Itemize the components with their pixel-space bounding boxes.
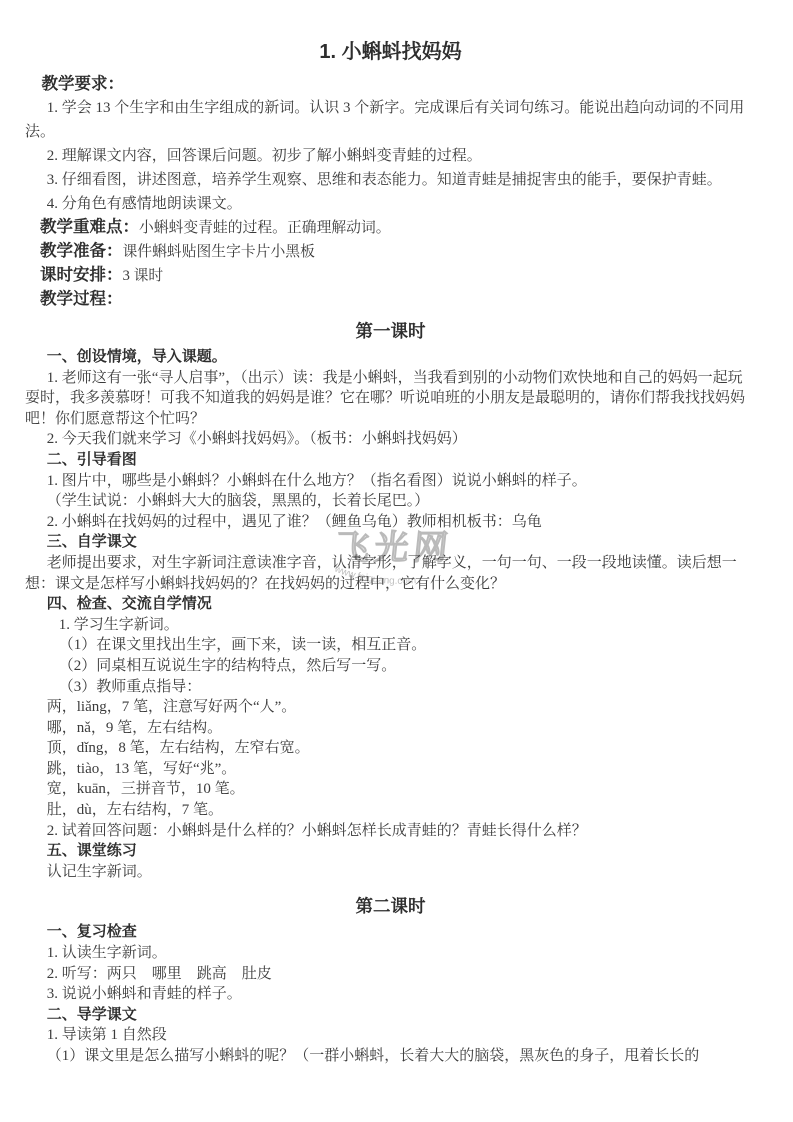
outline-heading: 一、复习检查 <box>25 922 756 943</box>
paragraph: （1）课文里是怎么描写小蝌蚪的呢？（一群小蝌蚪，长着大大的脑袋，黑灰色的身子，甩… <box>25 1046 756 1067</box>
field-label: 教学过程： <box>40 290 123 308</box>
paragraph: 哪，nǎ，9 笔，左右结构。 <box>25 718 756 739</box>
field-label: 课时安排： <box>40 266 123 284</box>
paragraph: （2）同桌相互说说生字的结构特点，然后写一写。 <box>25 656 756 677</box>
lesson-title: 第二课时 <box>25 895 756 917</box>
paragraph: 跳，tiào，13 笔，写好“兆”。 <box>25 759 756 780</box>
paragraph: 肚，dù，左右结构，7 笔。 <box>25 800 756 821</box>
paragraph: （学生试说：小蝌蚪大大的脑袋，黑黑的，长着长尾巴。） <box>25 491 756 512</box>
paragraph: （1）在课文里找出生字，画下来，读一读，相互正音。 <box>25 635 756 656</box>
paragraph: 2. 听写：两只 哪里 跳高 肚皮 <box>25 964 756 985</box>
paragraph: 1. 导读第 1 自然段 <box>25 1025 756 1046</box>
paragraph: 2. 理解课文内容，回答课后问题。初步了解小蝌蚪变青蛙的过程。 <box>25 144 756 168</box>
paragraph: 4. 分角色有感情地朗读课文。 <box>25 192 756 216</box>
lesson-title: 第一课时 <box>25 320 756 342</box>
paragraph: 2. 小蝌蚪在找妈妈的过程中，遇见了谁？（鲤鱼乌龟）教师相机板书：乌龟 <box>25 512 756 533</box>
field-value: 课件蝌蚪贴图生字卡片小黑板 <box>123 244 315 260</box>
paragraph: 3. 仔细看图，讲述图意，培养学生观察、思维和表态能力。知道青蛙是捕捉害虫的能手… <box>25 168 756 192</box>
doc-title: 1. 小蝌蚪找妈妈 <box>25 40 756 64</box>
outline-heading: 一、创设情境，导入课题。 <box>25 347 756 368</box>
field-label: 教学重难点： <box>40 218 139 236</box>
paragraph: 1. 老师这有一张“寻人启事”，（出示）读：我是小蝌蚪，当我看到别的小动物们欢快… <box>25 368 756 430</box>
paragraph: 认记生字新词。 <box>25 862 756 883</box>
document-page: 飞光网 www.feiguang.com 1. 小蝌蚪找妈妈 教学要求： 1. … <box>0 0 793 1122</box>
section-label-heading: 教学要求： <box>25 72 756 96</box>
paragraph: 两，liǎng，7 笔，注意写好两个“人”。 <box>25 697 756 718</box>
paragraph: （3）教师重点指导： <box>25 677 756 698</box>
paragraph: 宽，kuān，三拼音节，10 笔。 <box>25 779 756 800</box>
field-line: 课时安排：3 课时 <box>25 264 756 288</box>
paragraph: 2. 试着回答问题：小蝌蚪是什么样的？小蝌蚪怎样长成青蛙的？青蛙长得什么样？ <box>25 821 756 842</box>
field-line: 教学重难点：小蝌蚪变青蛙的过程。正确理解动词。 <box>25 216 756 240</box>
field-value: 3 课时 <box>123 268 164 284</box>
field-value: 小蝌蚪变青蛙的过程。正确理解动词。 <box>139 220 391 236</box>
outline-heading: 五、课堂练习 <box>25 841 756 862</box>
document-content: 1. 小蝌蚪找妈妈 教学要求： 1. 学会 13 个生字和由生字组成的新词。认识… <box>25 40 756 1067</box>
paragraph: 2. 今天我们就来学习《小蝌蚪找妈妈》。（板书：小蝌蚪找妈妈） <box>25 429 756 450</box>
paragraph: 顶，dǐng，8 笔，左右结构，左窄右宽。 <box>25 738 756 759</box>
paragraph: 1. 学会 13 个生字和由生字组成的新词。认识 3 个新字。完成课后有关词句练… <box>25 96 756 144</box>
field-line: 教学准备：课件蝌蚪贴图生字卡片小黑板 <box>25 240 756 264</box>
outline-heading: 四、检查、交流自学情况 <box>25 594 756 615</box>
paragraph: 1. 学习生字新词。 <box>25 615 756 636</box>
paragraph: 1. 认读生字新词。 <box>25 943 756 964</box>
outline-heading: 三、自学课文 <box>25 532 756 553</box>
outline-heading: 二、导学课文 <box>25 1005 756 1026</box>
paragraph: 老师提出要求，对生字新词注意读准字音，认清字形，了解字义，一句一句、一段一段地读… <box>25 553 756 594</box>
field-line: 教学过程： <box>25 288 756 312</box>
paragraph: 1. 图片中，哪些是小蝌蚪？小蝌蚪在什么地方？（指名看图）说说小蝌蚪的样子。 <box>25 471 756 492</box>
field-label: 教学准备： <box>40 242 123 260</box>
paragraph: 3. 说说小蝌蚪和青蛙的样子。 <box>25 984 756 1005</box>
outline-heading: 二、引导看图 <box>25 450 756 471</box>
